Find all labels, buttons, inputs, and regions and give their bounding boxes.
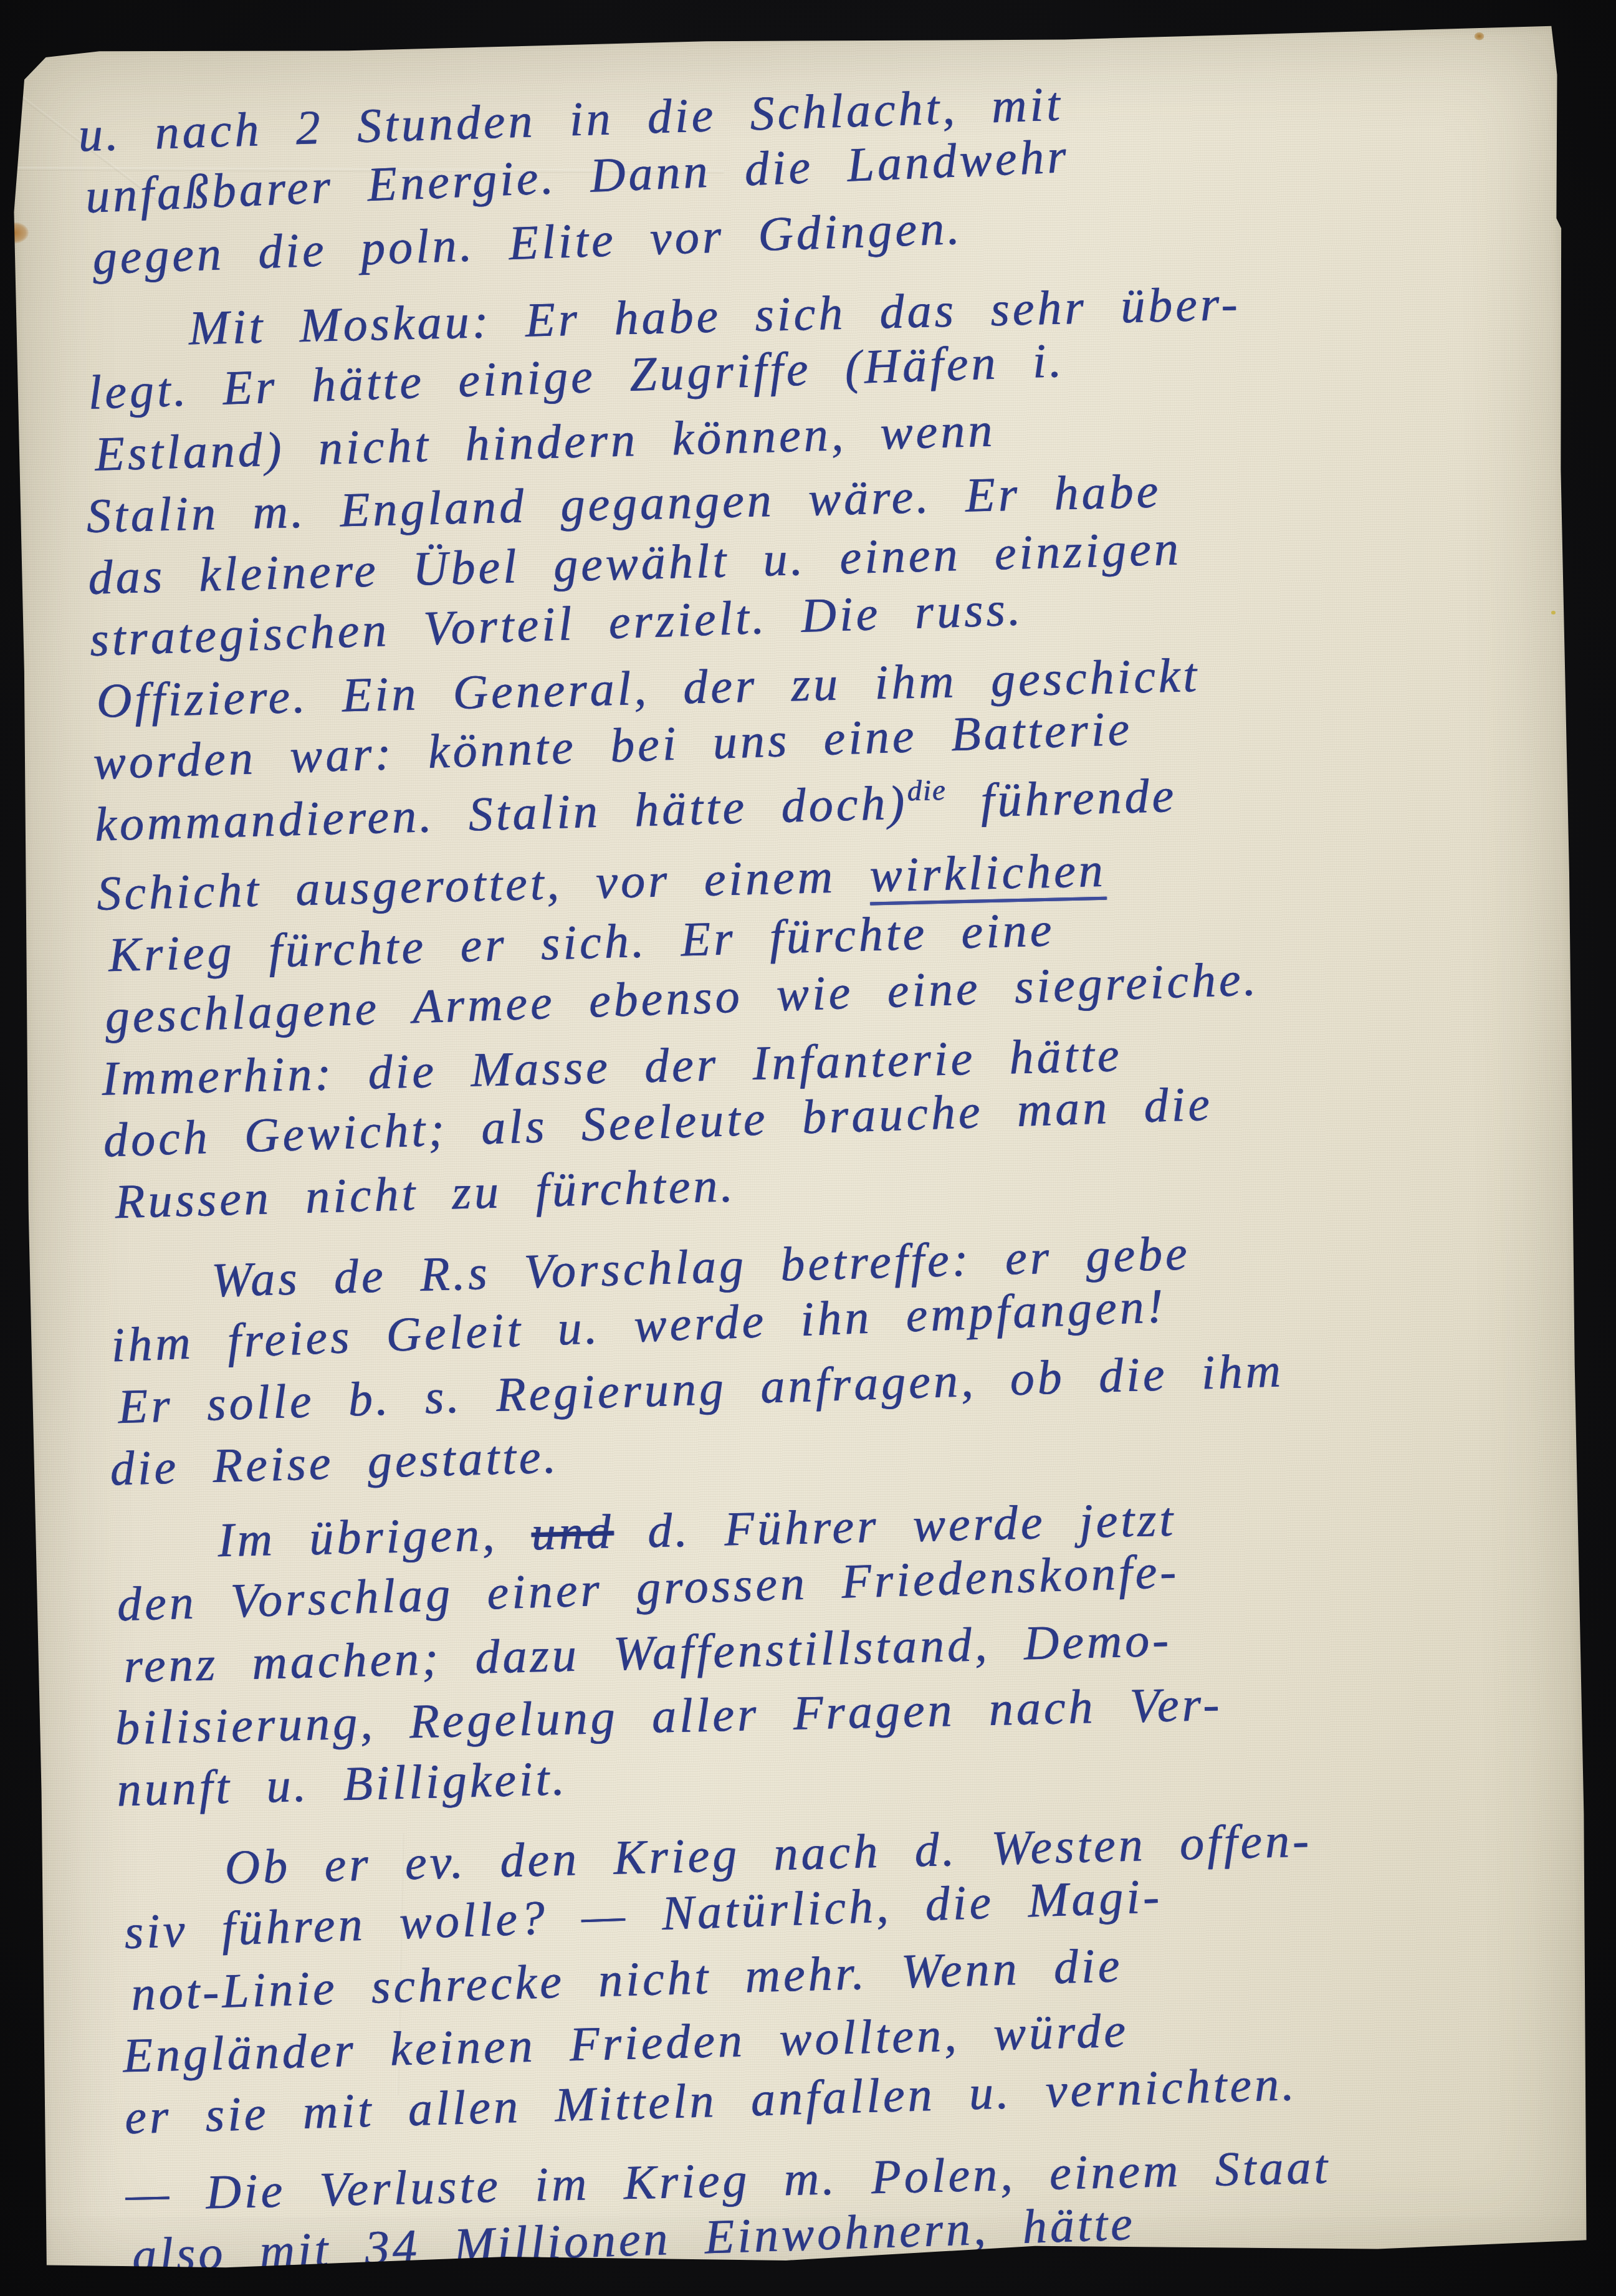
paragraph: Ob er ev. den Krieg nach d. Westen offen…	[117, 1798, 1566, 2148]
photo-background: u. nach 2 Stunden in die Schlacht, mitun…	[0, 0, 1616, 2296]
paragraph: u. nach 2 Stunden in die Schlacht, mitun…	[77, 54, 1524, 289]
paragraph: Im übrigen, und d. Führer werde jetztden…	[110, 1475, 1558, 1820]
segment: nunft u. Billigkeit.	[116, 1751, 568, 1816]
segment-u: wirklichen	[869, 843, 1106, 902]
dust-speck	[1551, 611, 1556, 615]
paragraph: Was de R.s Vorschlag betreffe: er gebeih…	[103, 1207, 1551, 1499]
segment: die Reise gestatte.	[109, 1429, 559, 1496]
segment-s: und	[531, 1504, 614, 1560]
segment-sup: die	[907, 774, 947, 808]
manuscript-page: u. nach 2 Stunden in die Schlacht, mitun…	[6, 21, 1595, 2285]
paragraph: — Die Verluste im Krieg m. Polen, einem …	[125, 2125, 1568, 2286]
stain	[0, 222, 29, 244]
segment: Russen nicht zu fürchten.	[114, 1157, 736, 1228]
segment: führende	[946, 768, 1177, 828]
stain	[1474, 32, 1484, 41]
handwritten-text: u. nach 2 Stunden in die Schlacht, mitun…	[78, 62, 1567, 2265]
segment: Im übrigen,	[217, 1506, 532, 1567]
paragraph: Mit Moskau: Er habe sich das sehr über-l…	[80, 261, 1546, 1233]
